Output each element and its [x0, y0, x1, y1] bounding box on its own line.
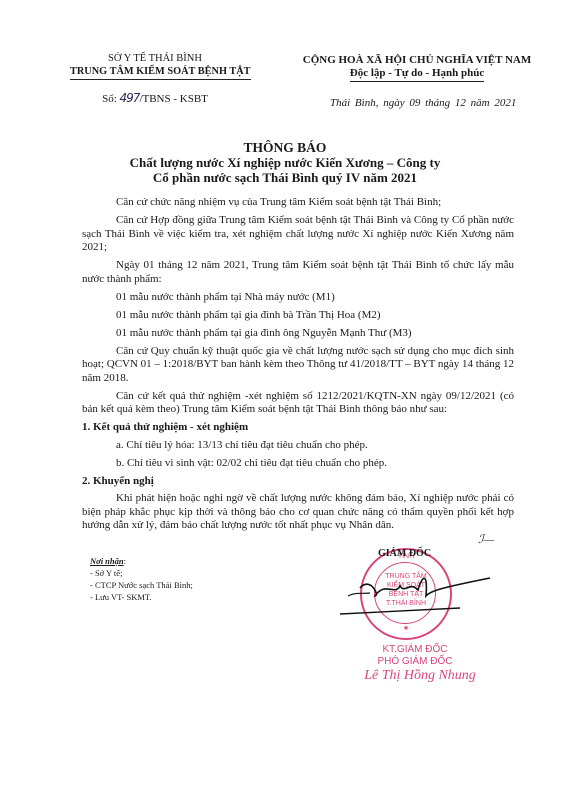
basis-paragraph-1: Căn cứ chức năng nhiệm vụ của Trung tâm … [82, 196, 514, 210]
document-date: Thái Bình, ngày 09 tháng 12 năm 2021 [330, 97, 516, 109]
section-1-heading: 1. Kết quả thử nghiệm - xét nghiệm [82, 421, 514, 435]
document-number: Số: 497/TBNS - KSBT [70, 92, 240, 106]
recipient-item: - Sở Y tế; [90, 567, 193, 579]
recipients-block: Nơi nhận: - Sở Y tế; - CTCP Nước sạch Th… [90, 555, 193, 603]
recommendation-paragraph: Khi phát hiện hoặc nghi ngờ về chất lượn… [82, 492, 514, 533]
number-prefix: Số: [102, 93, 119, 105]
sample-item: 01 mẫu nước thành phẩm tại Nhà máy nước … [82, 291, 514, 305]
parent-org: SỞ Y TẾ THÁI BÌNH [70, 52, 240, 65]
issuing-organization-block: SỞ Y TẾ THÁI BÌNH TRUNG TÂM KIỂM SOÁT BỆ… [70, 52, 240, 106]
title-type: THÔNG BÁO [60, 140, 510, 155]
national-motto: Độc lập - Tự do - Hạnh phúc [350, 67, 484, 82]
result-item: b. Chỉ tiêu vi sinh vật: 02/02 chỉ tiêu … [82, 457, 514, 471]
deputy-director-title: KT.GIÁM ĐỐC PHÓ GIÁM ĐỐC [340, 644, 490, 668]
handwritten-number: 497 [120, 91, 140, 105]
result-item: a. Chỉ tiêu lý hóa: 13/13 chỉ tiêu đạt t… [82, 439, 514, 453]
kt-line: PHÓ GIÁM ĐỐC [340, 656, 490, 668]
document-body: Căn cứ chức năng nhiệm vụ của Trung tâm … [82, 196, 514, 537]
title-line-1: Chất lượng nước Xí nghiệp nước Kiến Xươn… [60, 155, 510, 170]
recipients-label: Nơi nhận [90, 556, 124, 566]
national-header: CỘNG HOÀ XÃ HỘI CHỦ NGHĨA VIỆT NAM Độc l… [282, 54, 552, 82]
number-suffix: /TBNS - KSBT [139, 93, 207, 105]
results-basis-paragraph: Căn cứ kết quả thử nghiệm -xét nghiệm số… [82, 390, 514, 417]
recipient-item: - CTCP Nước sạch Thái Bình; [90, 579, 193, 591]
signer-name: Lê Thị Hồng Nhung [335, 668, 505, 684]
issuing-org: TRUNG TÂM KIỂM SOÁT BỆNH TẬT [70, 65, 251, 80]
handwritten-signature-icon [340, 566, 500, 626]
sample-item: 01 mẫu nước thành phẩm tại gia đình bà T… [82, 309, 514, 323]
signer-role: GIÁM ĐỐC [378, 548, 431, 559]
sampling-paragraph: Ngày 01 tháng 12 năm 2021, Trung tâm Kiể… [82, 259, 514, 286]
sample-item: 01 mẫu nước thành phẩm tại gia đình ông … [82, 327, 514, 341]
standard-paragraph: Căn cứ Quy chuẩn kỹ thuật quốc gia về ch… [82, 345, 514, 386]
basis-paragraph-2: Căn cứ Hợp đồng giữa Trung tâm Kiểm soát… [82, 214, 514, 255]
section-2-heading: 2. Khuyến nghị [82, 475, 514, 489]
signature-block: TỈNH TRUNG TÂM KIỂM SOÁT BỆNH TẬT T.THÁI… [340, 540, 490, 680]
title-line-2: Cổ phần nước sạch Thái Bình quý IV năm 2… [60, 170, 510, 185]
kt-line: KT.GIÁM ĐỐC [340, 644, 490, 656]
document-title: THÔNG BÁO Chất lượng nước Xí nghiệp nước… [60, 140, 510, 185]
nation-name: CỘNG HOÀ XÃ HỘI CHỦ NGHĨA VIỆT NAM [282, 54, 552, 67]
recipient-item: - Lưu VT- SKMT. [90, 591, 193, 603]
